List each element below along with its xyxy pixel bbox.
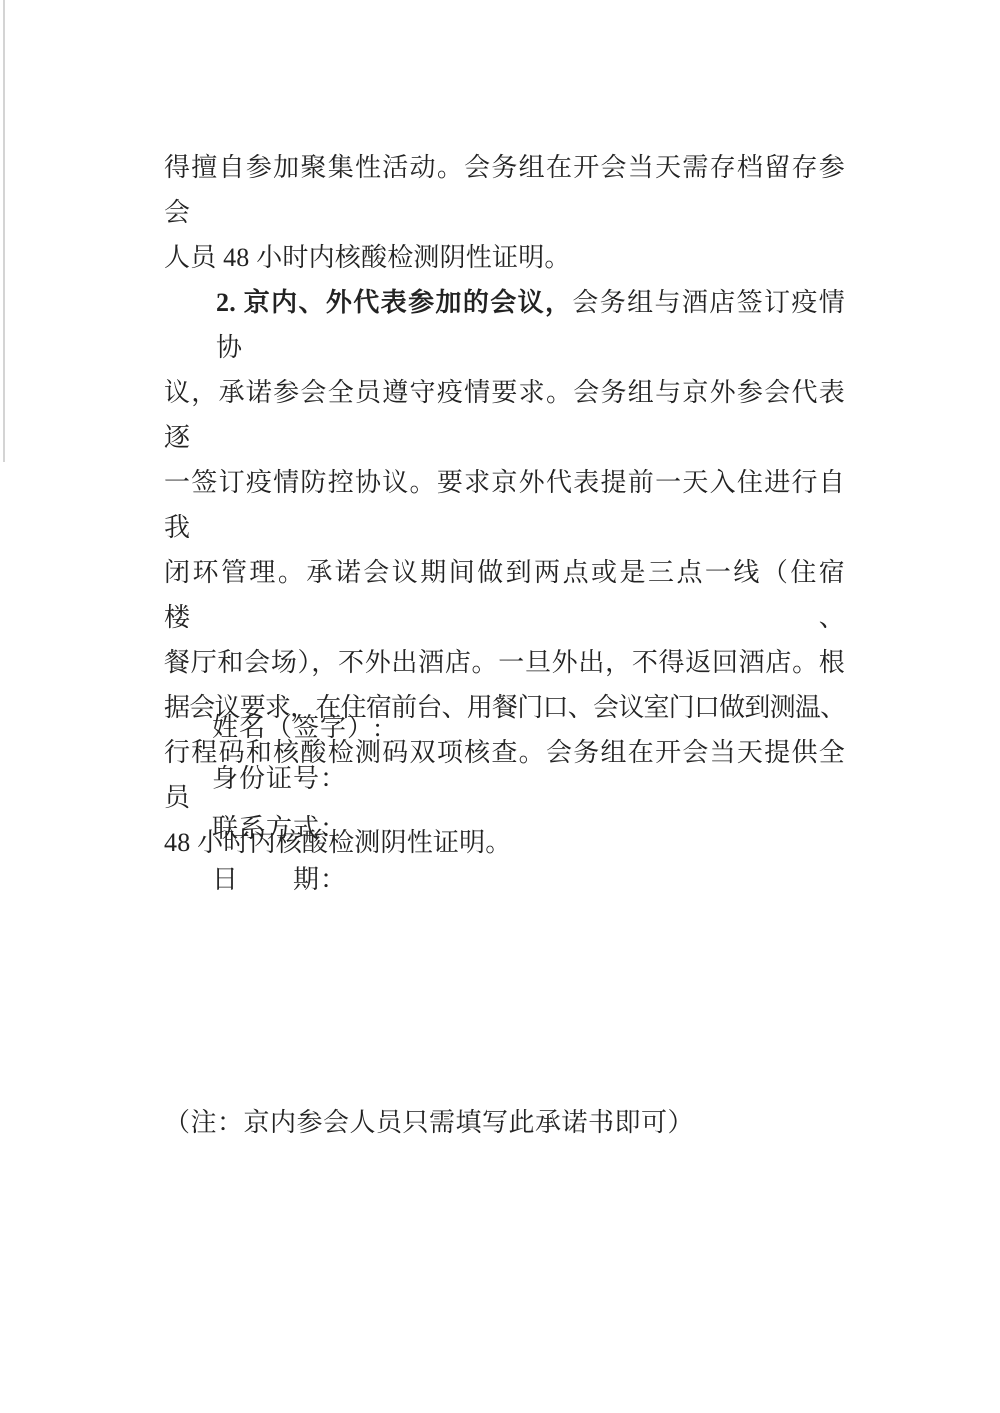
body-line: 议，承诺参会全员遵守疫情要求。会务组与京外参会代表逐 xyxy=(164,370,845,460)
body-line: 得擅自参加聚集性活动。会务组在开会当天需存档留存参会 xyxy=(164,145,845,235)
signature-block: 姓名（签字）: 身份证号： 联系方式： 日 期： xyxy=(212,703,382,905)
body-line: 闭环管理。承诺会议期间做到两点或是三点一线（住宿楼、 xyxy=(164,550,845,640)
paragraph-lead-bold: 2. 京内、外代表参加的会议， xyxy=(216,288,572,317)
signature-contact-label: 联系方式： xyxy=(212,804,382,855)
footnote: （注：京内参会人员只需填写此承诺书即可） xyxy=(164,1100,694,1145)
scan-artifact-line xyxy=(3,0,5,462)
body-line: 一签订疫情防控协议。要求京外代表提前一天入住进行自我 xyxy=(164,460,845,550)
body-line: 餐厅和会场），不外出酒店。一旦外出，不得返回酒店。根 xyxy=(164,640,845,685)
document-page: 得擅自参加聚集性活动。会务组在开会当天需存档留存参会 人员 48 小时内核酸检测… xyxy=(0,0,1000,1413)
signature-id-label: 身份证号： xyxy=(212,754,382,805)
body-line: 人员 48 小时内核酸检测阴性证明。 xyxy=(164,235,845,280)
body-line: 2. 京内、外代表参加的会议，会务组与酒店签订疫情协 xyxy=(164,280,845,370)
signature-name-label: 姓名（签字）: xyxy=(212,703,382,754)
signature-date-label: 日 期： xyxy=(212,855,382,906)
